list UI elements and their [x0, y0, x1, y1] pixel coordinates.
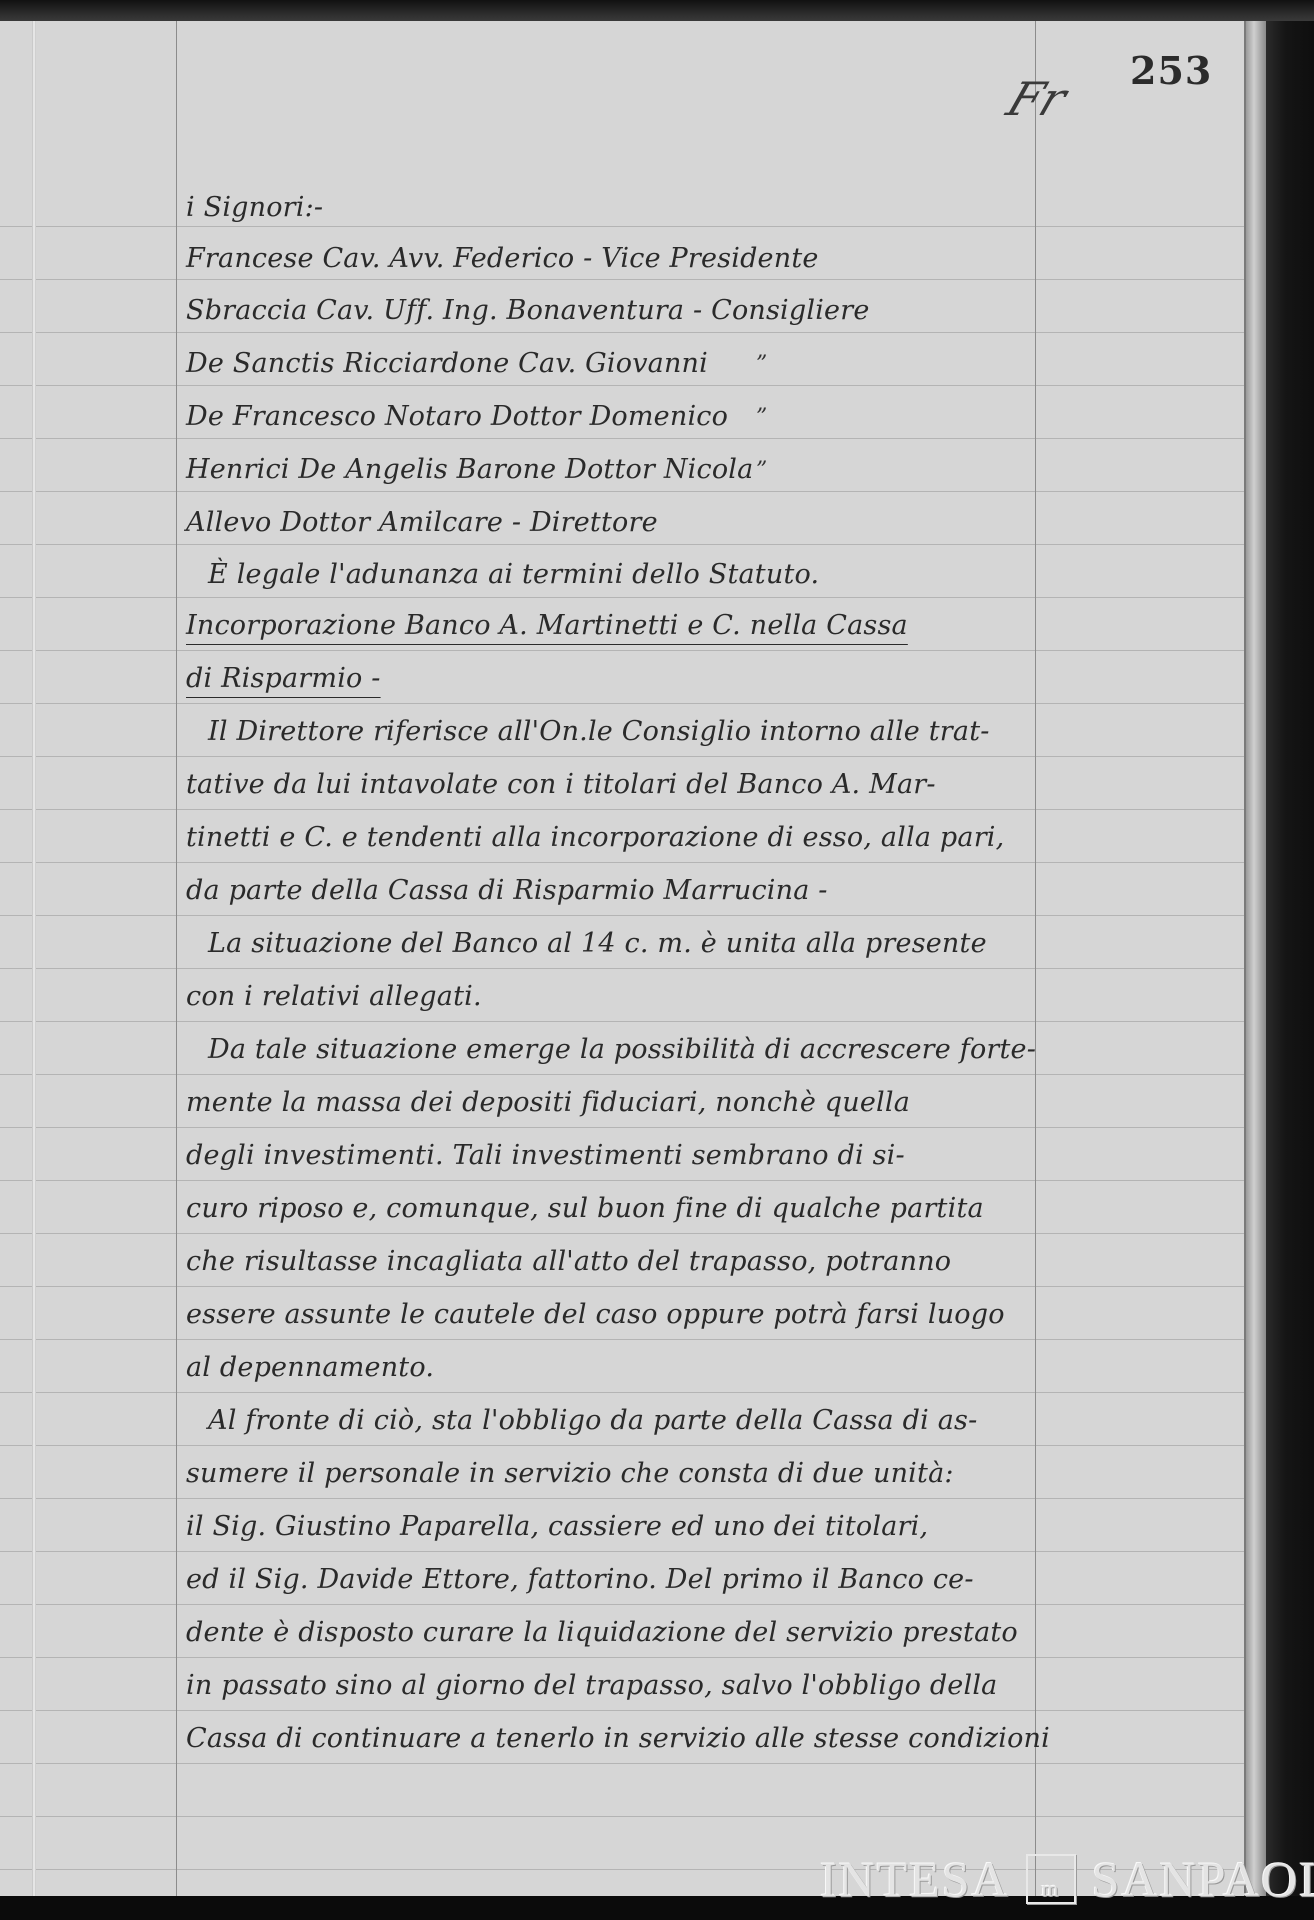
text-line: da parte della Cassa di Risparmio Marruc…: [186, 875, 828, 906]
ruled-line: [0, 968, 1246, 969]
left-margin-line: [176, 21, 177, 1896]
text-line: che risultasse incagliata all'atto del t…: [186, 1246, 951, 1277]
ruled-line: [0, 1445, 1246, 1446]
watermark-left: INTESA: [820, 1850, 1010, 1908]
ruled-line: [0, 809, 1246, 810]
ruled-line: [0, 1816, 1246, 1817]
text-line: ed il Sig. Davide Ettore, fattorino. Del…: [186, 1564, 974, 1595]
text-line: il Sig. Giustino Paparella, cassiere ed …: [186, 1511, 928, 1542]
text-line: De Sanctis Ricciardone Cav. Giovanni: [186, 348, 708, 379]
text-line: Il Direttore riferisce all'On.le Consigl…: [208, 716, 990, 747]
ditto-mark: ”: [756, 352, 767, 377]
ditto-mark: ”: [756, 405, 767, 430]
bank-logo-icon: m: [1026, 1854, 1076, 1904]
section-title-line: di Risparmio -: [186, 663, 381, 694]
page-number: 253: [1130, 48, 1212, 93]
ruled-line: [0, 1021, 1246, 1022]
ruled-line: [0, 1763, 1246, 1764]
ruled-line: [0, 862, 1246, 863]
text-line: curo riposo e, comunque, sul buon fine d…: [186, 1193, 984, 1224]
watermark: INTESA m SANPAOLO: [820, 1850, 1314, 1908]
book-cover-top: [0, 0, 1314, 21]
text-line: essere assunte le cautele del caso oppur…: [186, 1299, 1005, 1330]
text-line: Sbraccia Cav. Uff. Ing. Bonaventura - Co…: [186, 295, 870, 326]
ditto-mark: ”: [756, 458, 767, 483]
text-line: mente la massa dei depositi fiduciari, n…: [186, 1087, 910, 1118]
ruled-line: [0, 1233, 1246, 1234]
text-line: De Francesco Notaro Dottor Domenico: [186, 401, 728, 432]
ruled-line: [0, 1180, 1246, 1181]
text-line: Al fronte di ciò, sta l'obbligo da parte…: [208, 1405, 977, 1436]
ruled-line: [0, 279, 1246, 280]
text-line: sumere il personale in servizio che cons…: [186, 1458, 954, 1489]
ruled-line: [0, 915, 1246, 916]
right-margin-line: [1035, 21, 1036, 1896]
ruled-line: [0, 1286, 1246, 1287]
ruled-line: [0, 1604, 1246, 1605]
ruled-line: [0, 226, 1246, 227]
text-line: Cassa di continuare a tenerlo in servizi…: [186, 1723, 1050, 1754]
ruled-line: [0, 385, 1246, 386]
ruled-line: [0, 703, 1246, 704]
text-line: La situazione del Banco al 14 c. m. è un…: [208, 928, 987, 959]
ruled-line: [0, 1551, 1246, 1552]
page-edge-stack: [1246, 21, 1266, 1896]
ruled-line: [0, 1392, 1246, 1393]
section-title-line: Incorporazione Banco A. Martinetti e C. …: [186, 610, 908, 641]
text-line: Allevo Dottor Amilcare - Direttore: [186, 507, 658, 538]
text-line: tinetti e C. e tendenti alla incorporazi…: [186, 822, 1004, 853]
ruled-line: [0, 1339, 1246, 1340]
text-line: Da tale situazione emerge la possibilità…: [208, 1034, 1036, 1065]
text-line: Henrici De Angelis Barone Dottor Nicola: [186, 454, 753, 485]
ruled-line: [0, 756, 1246, 757]
text-line: al depennamento.: [186, 1352, 434, 1383]
ruled-line: [0, 1710, 1246, 1711]
ruled-line: [0, 332, 1246, 333]
text-line: degli investimenti. Tali investimenti se…: [186, 1140, 905, 1171]
binding-fold: [32, 21, 36, 1896]
text-line: i Signori:-: [186, 192, 323, 223]
text-line: tative da lui intavolate con i titolari …: [186, 769, 936, 800]
watermark-right: SANPAOLO: [1092, 1850, 1314, 1908]
ruled-line: [0, 491, 1246, 492]
text-line: dente è disposto curare la liquidazione …: [186, 1617, 1018, 1648]
ruled-line: [0, 438, 1246, 439]
ruled-line: [0, 1074, 1246, 1075]
ruled-line: [0, 650, 1246, 651]
ruled-line: [0, 544, 1246, 545]
text-line: con i relativi allegati.: [186, 981, 482, 1012]
book-cover-right: [1266, 0, 1314, 1920]
text-line: in passato sino al giorno del trapasso, …: [186, 1670, 997, 1701]
text-line: È legale l'adunanza ai termini dello Sta…: [208, 559, 819, 590]
ruled-line: [0, 1127, 1246, 1128]
ruled-line: [0, 597, 1246, 598]
ruled-line: [0, 1498, 1246, 1499]
ruled-line: [0, 1657, 1246, 1658]
text-line: Francese Cav. Avv. Federico - Vice Presi…: [186, 243, 819, 274]
